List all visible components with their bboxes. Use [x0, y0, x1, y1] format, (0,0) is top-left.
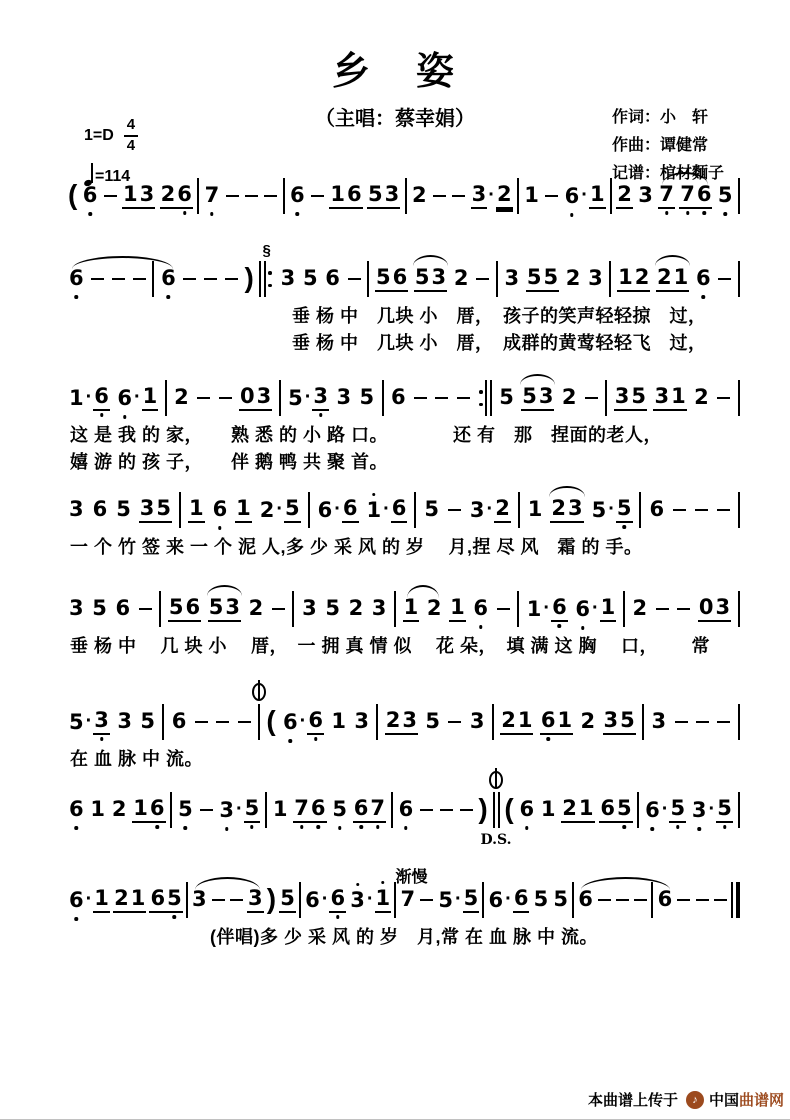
dash-stroke — [245, 195, 258, 198]
note-digit: 6 — [92, 499, 109, 522]
augmentation-dot: · — [321, 889, 330, 913]
notes-row: 1·66·12035·3356553235312 — [68, 379, 740, 417]
note-group: 3 — [587, 268, 604, 291]
barline-stroke — [637, 792, 639, 828]
credit-lyricist: 作词：小 轩 — [612, 104, 724, 132]
note-digit: 3 — [218, 800, 235, 823]
note-group: 03 — [239, 386, 272, 411]
note-digit: 6 — [116, 388, 133, 411]
note-group: 76 — [679, 184, 712, 209]
dash-stroke — [238, 721, 251, 724]
notes-row: 5·3356(6·613235321612353 — [68, 703, 740, 741]
barline-stroke — [394, 591, 396, 627]
note-digit: 6 — [307, 710, 324, 735]
augmentation-dot: · — [304, 387, 313, 411]
note-digit: 6 — [68, 890, 85, 913]
duration-dash — [419, 899, 434, 902]
barline-stroke — [279, 380, 281, 416]
barline-stroke — [391, 792, 393, 828]
barline — [637, 792, 639, 828]
note-group: 65 — [599, 798, 632, 823]
augmentation-dot: · — [661, 799, 670, 823]
note-group: 3 — [116, 711, 133, 734]
note-group: 1 — [188, 498, 205, 523]
barline-stroke — [609, 261, 611, 297]
duration-dash — [432, 195, 447, 198]
note-digit: 5 — [166, 888, 183, 913]
note-digit: 0 — [698, 597, 715, 622]
parenthesis-glyph: ) — [478, 792, 487, 828]
parenthesis-glyph: ( — [68, 178, 77, 214]
duration-dash — [182, 278, 197, 281]
duration-dash — [716, 509, 731, 512]
note-group: 2 — [248, 598, 265, 621]
note-digit: 1 — [600, 597, 617, 622]
note-digit: 7 — [399, 889, 416, 912]
barline-stroke — [496, 261, 498, 297]
dash-stroke — [414, 397, 427, 400]
dash-stroke — [348, 278, 361, 281]
barline — [605, 380, 607, 416]
barline — [186, 882, 188, 918]
barline-stroke — [283, 178, 285, 214]
note-group: 3·1 — [349, 888, 391, 913]
coda-icon — [252, 683, 266, 701]
duration-dash — [447, 721, 462, 724]
note-group: 2 — [580, 711, 597, 734]
dash-stroke — [717, 397, 730, 400]
note-digit: 6 — [513, 888, 530, 913]
barline — [367, 261, 369, 297]
lyrics-block: 一 个 竹 签 来 一 个 泥 人,多 少 采 风 的 岁 月,捏 尽 风 霜 … — [68, 534, 740, 561]
note-digit: 3 — [469, 500, 486, 523]
note-group: 6·1 — [68, 888, 110, 913]
note-digit: 5 — [358, 387, 375, 410]
note-group: 6 — [171, 711, 188, 734]
repeat-start-barline: § — [259, 261, 274, 297]
note-group: 7渐慢 — [399, 889, 416, 912]
note-group: 6·6 — [488, 888, 530, 913]
note-group: 6·6 — [317, 498, 359, 523]
note-group: 3 — [68, 499, 85, 522]
note-digit: 1 — [366, 500, 383, 523]
note-digit: 6 — [185, 597, 202, 622]
barline — [292, 591, 294, 627]
note-digit: 1 — [617, 267, 634, 292]
notes-row: 6121653·51765676)D.S.(6121656·53·5 — [68, 791, 740, 829]
barline — [279, 380, 281, 416]
note-group: 1 — [540, 799, 557, 822]
duration-dash — [138, 608, 153, 611]
duration-dash — [615, 899, 630, 902]
note-digit: 6 — [149, 798, 166, 823]
duration-dash — [695, 721, 710, 724]
note-digit: 5 — [533, 889, 550, 912]
dash-stroke — [264, 195, 277, 198]
note-group: 6 — [398, 799, 415, 822]
note-digit: 5 — [139, 711, 156, 734]
note-group: 3 — [371, 598, 388, 621]
dash-stroke — [311, 195, 324, 198]
note-group: 2 — [631, 598, 648, 621]
barline-stroke — [623, 591, 625, 627]
note-digit: 6 — [93, 386, 110, 411]
note-digit: 2 — [634, 267, 651, 292]
note-group: 3·5 — [691, 798, 733, 823]
barline — [610, 178, 612, 214]
note-group: 6 — [114, 598, 131, 621]
note-digit: 3 — [256, 386, 273, 411]
barline — [738, 261, 740, 297]
note-digit: 6 — [577, 889, 594, 912]
note-digit: 5 — [526, 267, 543, 292]
dash-stroke — [696, 721, 709, 724]
note-digit: 5 — [208, 597, 225, 622]
repeat-dot — [268, 284, 272, 288]
note-group: 35 — [603, 710, 636, 735]
dash-stroke — [433, 195, 446, 198]
coda-circle — [489, 771, 503, 789]
dash-stroke — [420, 899, 433, 902]
dash-stroke — [420, 809, 433, 812]
note-digit: 2 — [113, 888, 130, 913]
augmentation-dot: · — [580, 185, 589, 209]
barline-stroke — [738, 261, 740, 297]
barline-stroke — [518, 492, 520, 528]
duration-dash — [263, 195, 278, 198]
note-digit: 3 — [471, 184, 488, 209]
barline-stroke — [642, 704, 644, 740]
dash-stroke — [200, 809, 213, 812]
lyric-line: 垂 杨 中 几块 小 厝， 孩子的笑声轻轻掠 过， — [292, 303, 740, 330]
dash-stroke — [598, 899, 611, 902]
barline — [517, 591, 519, 627]
note-digit: 3 — [614, 386, 631, 411]
note-digit: 3 — [247, 888, 264, 913]
lyric-line: 垂 杨 中 几块 小 厝， 成群的黄莺轻轻飞 过， — [292, 330, 740, 357]
note-group: 1 — [523, 185, 540, 208]
dash-stroke — [112, 278, 125, 281]
duration-dash — [271, 608, 286, 611]
note-group: 3 — [637, 185, 654, 208]
dash-stroke — [545, 195, 558, 198]
dash-stroke — [204, 278, 217, 281]
note-group: 5 — [717, 185, 734, 208]
dash-stroke — [91, 278, 104, 281]
duration-dash — [459, 809, 474, 812]
note-digit: 3 — [691, 800, 708, 823]
barline-stroke — [639, 492, 641, 528]
barline — [609, 261, 611, 297]
tie-arc — [407, 585, 439, 598]
dash-stroke — [139, 608, 152, 611]
augmentation-dot: · — [235, 799, 244, 823]
note-group: 6 — [68, 268, 85, 291]
note-digit: 6 — [304, 890, 321, 913]
note-group: 56 — [168, 597, 201, 622]
duration-dash — [676, 608, 691, 611]
note-group: 16 — [132, 798, 165, 823]
dash-stroke — [717, 509, 730, 512]
note-group: 5·3 — [287, 386, 329, 411]
note-digit: 6 — [212, 499, 229, 522]
augmentation-dot: · — [504, 889, 513, 913]
note-group: 03 — [698, 597, 731, 622]
barline-stroke — [197, 178, 199, 214]
note-digit: 6 — [696, 184, 713, 209]
note-digit: 5 — [168, 597, 185, 622]
note-group: 3 — [68, 598, 85, 621]
note-group: 5 — [302, 268, 319, 291]
augmentation-dot: · — [591, 598, 600, 622]
note-digit: 3 — [116, 711, 133, 734]
note-group: 2 — [561, 387, 578, 410]
dash-stroke — [216, 721, 229, 724]
note-digit: 2 — [160, 184, 177, 209]
note-digit: 3 — [538, 386, 555, 411]
note-group: 5 — [331, 799, 348, 822]
tie-arc — [581, 877, 670, 890]
barline — [382, 380, 384, 416]
note-group: 2 — [411, 185, 428, 208]
note-digit: 6 — [149, 888, 166, 913]
note-digit: 3 — [301, 598, 318, 621]
key-tempo-block: 1=D 4 4 =114 — [84, 116, 138, 186]
note-group: 3 — [247, 888, 264, 913]
parenthesis: ( — [504, 792, 513, 828]
note-group: 23 — [385, 710, 418, 735]
note-group: 6 — [472, 598, 489, 621]
dash-stroke — [230, 899, 243, 902]
duration-dash — [694, 509, 709, 512]
slur-arc — [413, 255, 448, 266]
duration-dash — [717, 278, 732, 281]
barline — [414, 492, 416, 528]
slur-arc — [549, 486, 584, 497]
parenthesis: ) — [478, 792, 487, 828]
parenthesis: ( — [266, 704, 275, 740]
note-group: 5 — [552, 889, 569, 912]
note-digit: 2 — [550, 498, 567, 523]
note-digit: 3 — [139, 184, 156, 209]
note-digit: 3 — [280, 268, 297, 291]
note-group: 3 — [469, 711, 486, 734]
augmentation-dot: · — [382, 499, 391, 523]
time-signature: 4 4 — [124, 116, 138, 156]
barline-stroke — [738, 792, 740, 828]
note-group: 2 — [693, 387, 710, 410]
note-group: 5 — [358, 387, 375, 410]
note-digit: 2 — [496, 184, 513, 209]
note-digit: 6 — [644, 800, 661, 823]
note-digit: 3 — [371, 598, 388, 621]
duration-dash — [211, 899, 226, 902]
note-group: 2 — [111, 799, 128, 822]
barline-stroke — [517, 178, 519, 214]
dash-stroke — [677, 899, 690, 902]
barline — [738, 704, 740, 740]
upload-note: 本曲谱上传于 — [588, 1089, 678, 1110]
note-group: 5 — [424, 711, 441, 734]
note-digit: 6 — [398, 799, 415, 822]
note-digit: 5 — [367, 184, 384, 209]
note-digit: 5 — [375, 267, 392, 292]
note-digit: 6 — [342, 498, 359, 523]
note-digit: 5 — [279, 888, 296, 913]
note-group: 53 — [367, 184, 400, 209]
note-digit: 2 — [693, 387, 710, 410]
note-group: 1 — [449, 597, 466, 622]
note-group: 53 — [414, 267, 447, 292]
barline-stroke — [605, 380, 607, 416]
site-name-accent: 曲谱网 — [739, 1089, 784, 1110]
final-bar-thick — [736, 882, 740, 918]
note-group: 61 — [540, 710, 573, 735]
note-digit: 3 — [384, 184, 401, 209]
note-group: 2 — [348, 598, 365, 621]
augmentation-dot: · — [366, 889, 375, 913]
repeat-dot — [479, 403, 483, 407]
note-digit: 1 — [89, 799, 106, 822]
note-group: 6 — [160, 268, 177, 291]
note-digit: 6 — [648, 499, 665, 522]
barline — [159, 591, 161, 627]
dash-stroke — [718, 278, 731, 281]
augmentation-dot: · — [275, 499, 284, 523]
note-digit: 6 — [68, 268, 85, 291]
duration-dash — [475, 278, 490, 281]
barline-stroke — [414, 492, 416, 528]
barline — [299, 882, 301, 918]
parenthesis-glyph: ) — [267, 882, 276, 918]
barline — [170, 792, 172, 828]
barline-stroke — [394, 882, 396, 918]
note-group: 3 — [301, 598, 318, 621]
note-digit: 2 — [631, 598, 648, 621]
note-digit: 2 — [111, 799, 128, 822]
note-group: 56 — [375, 267, 408, 292]
duration-dash — [413, 397, 428, 400]
barline — [623, 591, 625, 627]
note-group: 26 — [160, 184, 193, 209]
note-digit: 6 — [518, 799, 535, 822]
lyric-line: 嬉 游 的 孩 子， 伴 鹅 鸭 共 聚 首。 — [70, 449, 740, 476]
note-group: 55 — [526, 267, 559, 292]
note-digit: 5 — [414, 267, 431, 292]
note-digit: 6 — [391, 498, 408, 523]
note-digit: 6 — [289, 185, 306, 208]
repeat-end-barline — [477, 380, 492, 416]
augmentation-dot: · — [85, 711, 94, 735]
note-digit: 3 — [401, 710, 418, 735]
duration-dash — [655, 608, 670, 611]
note-group: 13 — [122, 184, 155, 209]
note-digit: 6 — [82, 185, 99, 208]
music-system: 365351612·56·61·653·21235·56一 个 竹 签 来 一 … — [68, 491, 740, 561]
duration-dash — [111, 278, 126, 281]
note-group: 5·3 — [68, 710, 110, 735]
note-digit: 2 — [411, 185, 428, 208]
note-group: 16 — [329, 184, 362, 209]
note-digit: 5 — [423, 499, 440, 522]
barline — [738, 380, 740, 416]
barline-stroke — [159, 591, 161, 627]
ritardando-label: 渐慢 — [395, 870, 427, 886]
note-digit: 3 — [715, 597, 732, 622]
duration-dash — [237, 721, 252, 724]
music-system: 66)§356565323552312216垂 杨 中 几块 小 厝， 孩子的笑… — [68, 260, 740, 357]
note-digit: 1 — [527, 499, 544, 522]
notes-row: 365351612·56·61·653·21235·56 — [68, 491, 740, 529]
note-digit: 1 — [68, 388, 85, 411]
duration-dash — [103, 195, 118, 198]
note-digit: 3 — [504, 268, 521, 291]
site-name-dark: 中国 — [709, 1089, 739, 1110]
barline — [394, 591, 396, 627]
barline-stroke — [165, 380, 167, 416]
note-digit: 2 — [385, 710, 402, 735]
music-system: 6121653·51765676)D.S.(6121656·53·5 — [68, 791, 740, 829]
dash-stroke — [714, 899, 727, 902]
parenthesis: ) — [244, 261, 253, 297]
duration-dash — [215, 721, 230, 724]
dash-stroke — [634, 899, 647, 902]
dash-stroke — [695, 509, 708, 512]
barline — [517, 178, 519, 214]
note-digit: 6 — [657, 889, 674, 912]
dash-stroke — [677, 608, 690, 611]
note-digit: 6 — [551, 597, 568, 622]
lyric-line: 垂 杨 中 几 块 小 厝， 一 拥 真 情 似 花 朵， 填 满 这 胸 口，… — [70, 633, 740, 660]
note-digit: 6 — [488, 890, 505, 913]
lyrics-block: 垂 杨 中 几 块 小 厝， 一 拥 真 情 似 花 朵， 填 满 这 胸 口，… — [68, 633, 740, 660]
ds-label: D.S. — [481, 832, 512, 848]
duration-dash — [676, 899, 691, 902]
note-digit: 6 — [472, 598, 489, 621]
barline — [572, 882, 574, 918]
note-digit: 5 — [287, 388, 304, 411]
note-digit: 5 — [437, 890, 454, 913]
note-digit: 1 — [517, 710, 534, 735]
note-digit: 7 — [204, 185, 221, 208]
music-system: (6132676165323·216·1237765 — [68, 177, 740, 215]
barline — [518, 492, 520, 528]
note-digit: 6 — [574, 599, 591, 622]
note-group: 6 — [657, 889, 674, 912]
note-digit: 3 — [224, 597, 241, 622]
note-digit: 2 — [561, 387, 578, 410]
augmentation-dot: · — [542, 598, 551, 622]
note-digit: 5 — [521, 386, 538, 411]
note-digit: 3 — [191, 889, 208, 912]
barline-stroke — [258, 704, 260, 740]
note-group: 2 — [565, 268, 582, 291]
barline — [308, 492, 310, 528]
note-group: 3 — [280, 268, 297, 291]
note-group: 1 — [330, 711, 347, 734]
note-digit: 5 — [68, 712, 85, 735]
note-digit: 1 — [272, 799, 289, 822]
music-system: 1·66·12035·3356553235312这 是 我 的 家， 熟 悉 的… — [68, 379, 740, 476]
parenthesis-glyph: ) — [244, 261, 253, 297]
note-digit: 3 — [587, 268, 604, 291]
note-digit: 2 — [561, 798, 578, 823]
note-group: 21 — [561, 798, 594, 823]
barline-stroke — [610, 178, 612, 214]
duration-dash — [229, 899, 244, 902]
augmentation-dot: · — [708, 799, 717, 823]
dash-stroke — [448, 509, 461, 512]
